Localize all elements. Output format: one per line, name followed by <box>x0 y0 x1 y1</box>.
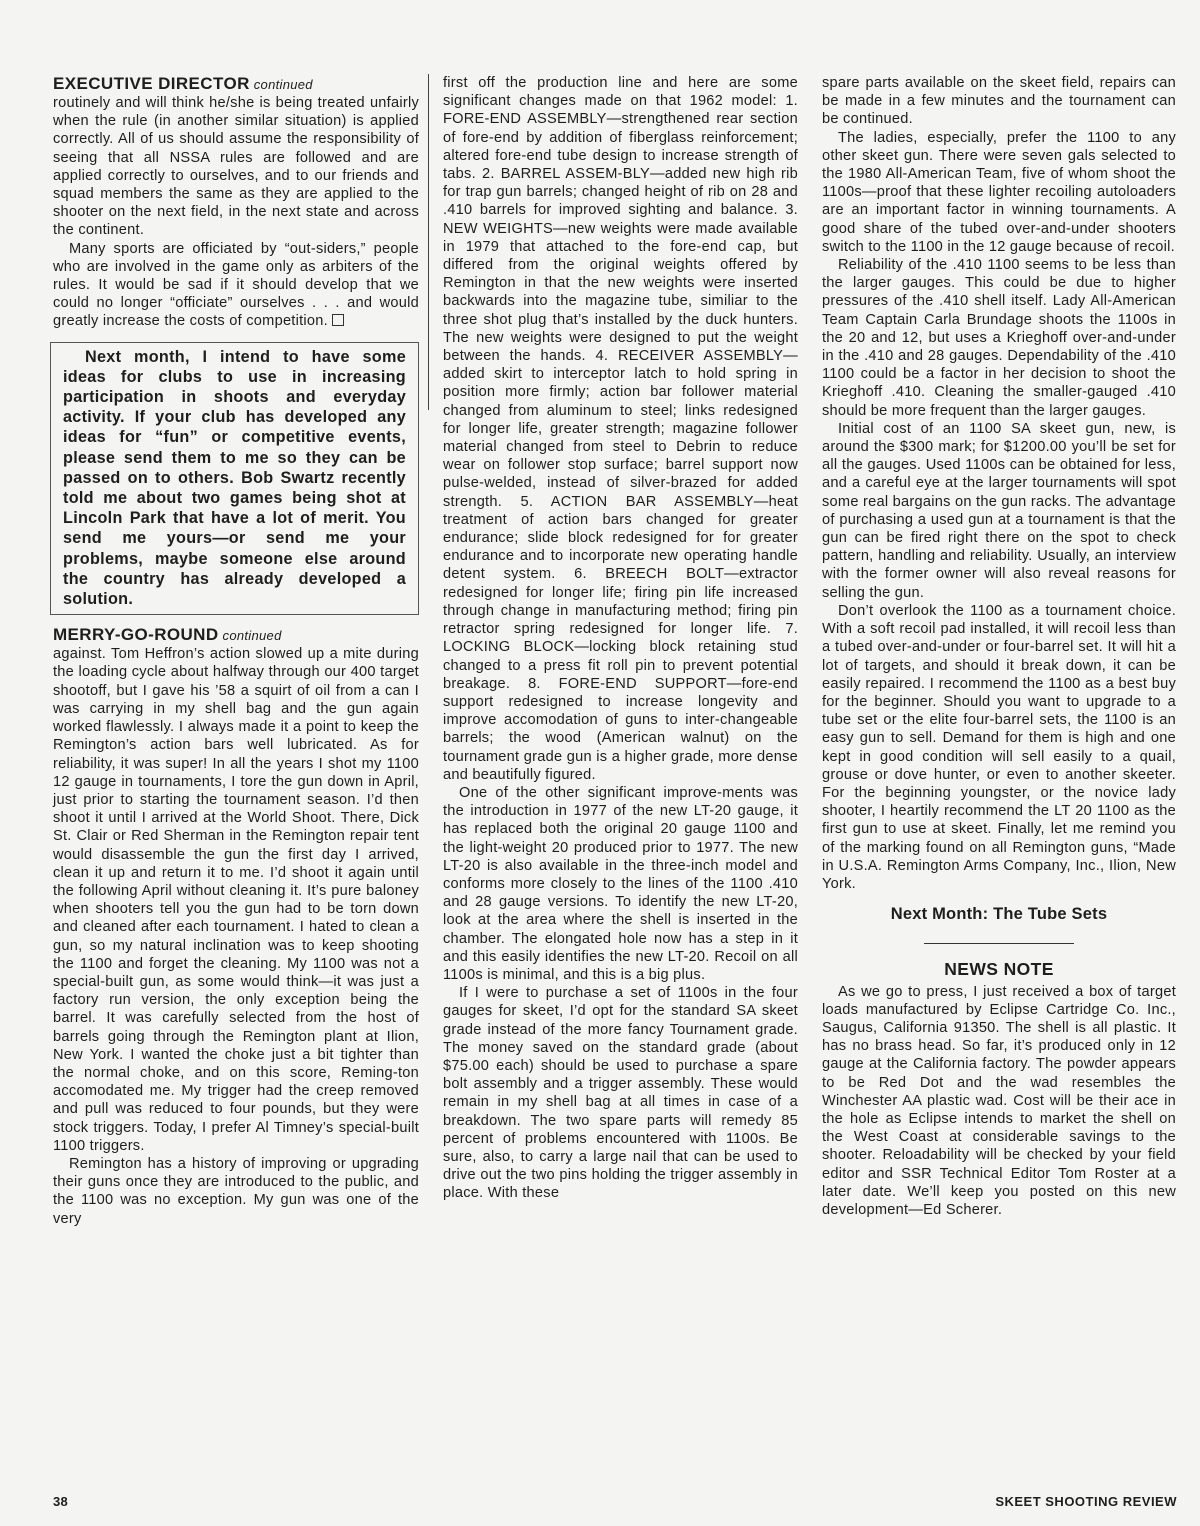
left-column: EXECUTIVE DIRECTORcontinued routinely an… <box>53 74 419 1228</box>
news-note-heading: NEWS NOTE <box>822 960 1176 978</box>
merry-go-round-paragraph: spare parts available on the skeet field… <box>822 74 1176 129</box>
page-number: 38 <box>53 1494 68 1509</box>
merry-go-round-paragraph: Reliability of the .410 1100 seems to be… <box>822 256 1176 420</box>
end-of-article-box-icon <box>332 314 344 326</box>
next-month-teaser: Next Month: The Tube Sets <box>822 905 1176 923</box>
continued-label: continued <box>223 628 282 643</box>
publication-title: SKEET SHOOTING REVIEW <box>995 1494 1177 1509</box>
merry-go-round-paragraph: Remington has a history of improving or … <box>53 1155 419 1228</box>
merry-go-round-paragraph: If I were to purchase a set of 1100s in … <box>443 984 798 1202</box>
executive-director-paragraph-1: routinely and will think he/she is being… <box>53 94 419 240</box>
merry-go-round-paragraph: Initial cost of an 1100 SA skeet gun, ne… <box>822 420 1176 602</box>
column-divider <box>428 74 429 410</box>
merry-go-round-paragraph: Don’t overlook the 1100 as a tournament … <box>822 602 1176 893</box>
right-column: spare parts available on the skeet field… <box>822 74 1176 1219</box>
callout-box: Next month, I intend to have some ideas … <box>50 342 419 616</box>
executive-director-paragraph-2: Many sports are officiated by “out-sider… <box>53 240 419 331</box>
merry-go-round-heading: MERRY-GO-ROUNDcontinued <box>53 625 419 645</box>
middle-column: first off the production line and here a… <box>443 74 798 1203</box>
merry-go-round-paragraph: first off the production line and here a… <box>443 74 798 784</box>
merry-go-round-paragraph: against. Tom Heffron’s action slowed up … <box>53 645 419 1155</box>
merry-go-round-paragraph: One of the other significant improve-men… <box>443 784 798 984</box>
callout-text: Next month, I intend to have some ideas … <box>63 347 406 610</box>
continued-label: continued <box>254 77 313 92</box>
news-note-body: As we go to press, I just received a box… <box>822 983 1176 1220</box>
executive-director-heading: EXECUTIVE DIRECTORcontinued <box>53 74 419 94</box>
merry-go-round-paragraph: The ladies, especially, prefer the 1100 … <box>822 129 1176 256</box>
section-divider-rule <box>924 943 1074 944</box>
